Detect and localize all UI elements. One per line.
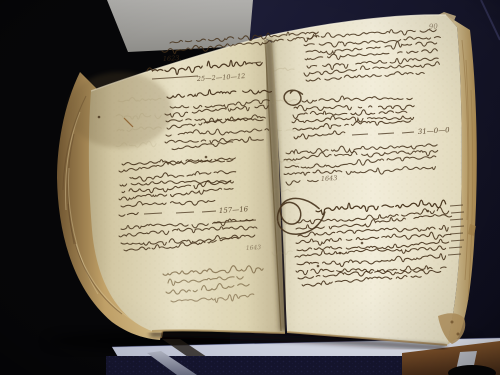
vignette <box>0 0 500 375</box>
manuscript-photo-svg: 1623.25—2—10—12157—1616439031—0—01643 <box>0 0 500 375</box>
photo-of-manuscript: 1623.25—2—10—12157—1616439031—0—01643 <box>0 0 500 375</box>
